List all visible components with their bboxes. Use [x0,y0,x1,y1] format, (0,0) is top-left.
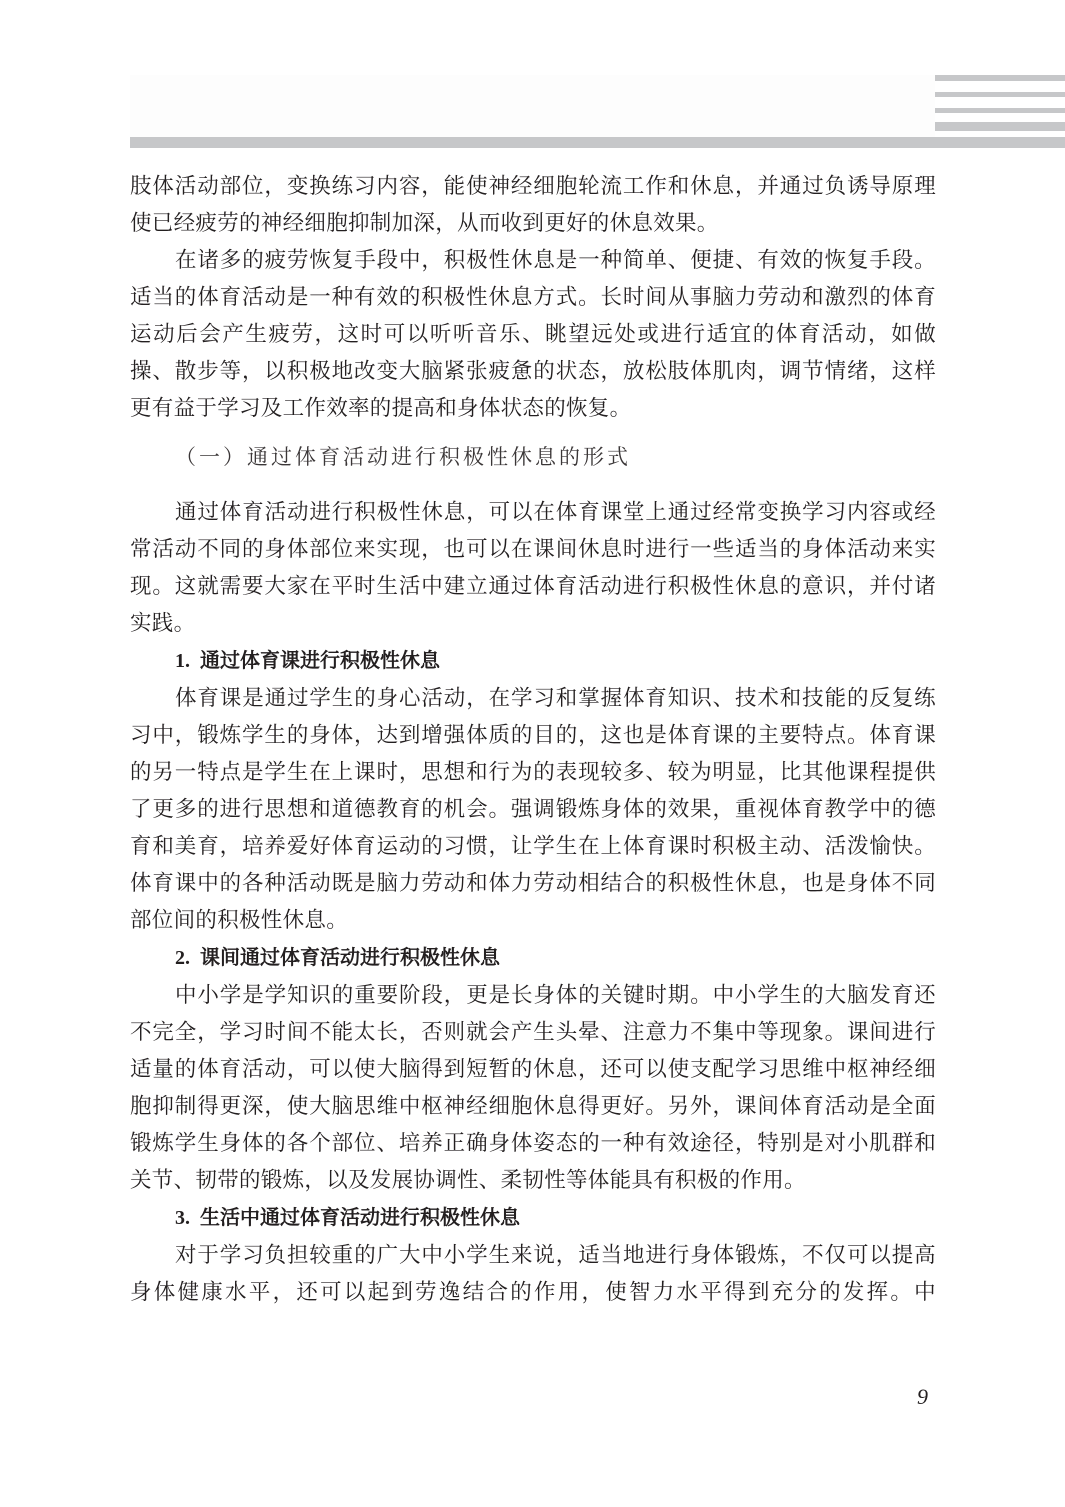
header-band [130,75,935,137]
subsection-number: 3. [175,1207,190,1229]
subsection-heading-3: 3.生活中通过体育活动进行积极性休息 [175,1199,936,1237]
paragraph: 对于学习负担较重的广大中小学生来说，适当地进行身体锻炼，不仅可以提高身体健康水平… [130,1237,936,1311]
paragraph-continued: 肢体活动部位，变换练习内容，能使神经细胞轮流工作和休息，并通过负诱导原理使已经疲… [130,168,936,242]
paragraph: 通过体育活动进行积极性休息，可以在体育课堂上通过经常变换学习内容或经常活动不同的… [130,494,936,642]
paragraph: 体育课是通过学生的身心活动，在学习和掌握体育知识、技术和技能的反复练习中，锻炼学… [130,680,936,939]
header-stripe-3 [935,108,1065,113]
page-body: 肢体活动部位，变换练习内容，能使神经细胞轮流工作和休息，并通过负诱导原理使已经疲… [130,168,936,1311]
subsection-number: 1. [175,650,190,672]
subsection-title: 通过体育课进行积极性休息 [200,648,440,672]
paragraph: 中小学是学知识的重要阶段，更是长身体的关键时期。中小学生的大脑发育还不完全，学习… [130,977,936,1199]
subsection-number: 2. [175,947,190,969]
paragraph: 在诸多的疲劳恢复手段中，积极性休息是一种简单、便捷、有效的恢复手段。适当的体育活… [130,242,936,427]
subsection-heading-1: 1.通过体育课进行积极性休息 [175,642,936,680]
subsection-heading-2: 2.课间通过体育活动进行积极性休息 [175,939,936,977]
subsection-title: 生活中通过体育活动进行积极性休息 [200,1205,520,1229]
header-stripe-4 [935,122,1065,131]
page-number: 9 [917,1384,928,1410]
subsection-title: 课间通过体育活动进行积极性休息 [200,945,500,969]
header-stripe-2 [935,92,1065,97]
header-bar [130,137,1065,148]
section-heading: （一）通过体育活动进行积极性休息的形式 [175,439,936,476]
header-stripe-1 [935,75,1065,81]
